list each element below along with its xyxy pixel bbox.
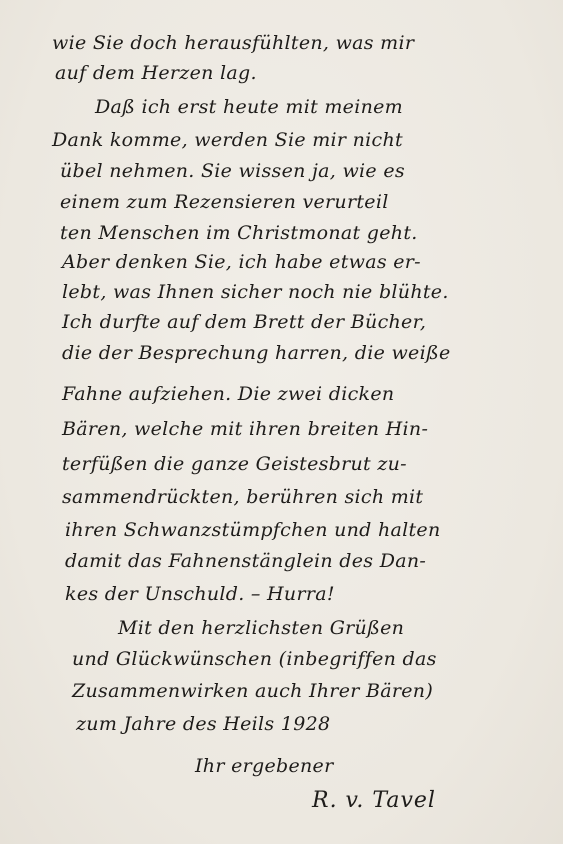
letter-line: Daß ich erst heute mit meinem: [95, 98, 403, 117]
letter-line: wie Sie doch herausfühlten, was mir: [52, 34, 414, 53]
signature: R. v. Tavel: [312, 790, 436, 812]
letter-page: wie Sie doch herausfühlten, was mir auf …: [0, 0, 563, 844]
letter-line: lebt, was Ihnen sicher noch nie blühte.: [62, 283, 449, 302]
valediction: Ihr ergebener: [195, 757, 333, 776]
letter-line: damit das Fahnenstänglein des Dan-: [65, 552, 426, 571]
letter-line: Fahne aufziehen. Die zwei dicken: [62, 385, 394, 404]
letter-line: Ich durfte auf dem Brett der Bücher,: [62, 313, 426, 332]
letter-line: einem zum Rezensieren verurteil: [60, 193, 389, 212]
letter-line: ten Menschen im Christmonat geht.: [60, 224, 418, 243]
closing-line: und Glückwünschen (inbegriffen das: [72, 650, 437, 669]
date-line: zum Jahre des Heils 1928: [76, 715, 330, 734]
letter-line: sammendrückten, berühren sich mit: [62, 488, 423, 507]
letter-line: Bären, welche mit ihren breiten Hin-: [62, 420, 428, 439]
letter-line: Dank komme, werden Sie mir nicht: [52, 131, 403, 150]
letter-line: übel nehmen. Sie wissen ja, wie es: [60, 162, 405, 181]
letter-line: Aber denken Sie, ich habe etwas er-: [62, 253, 421, 272]
letter-line: auf dem Herzen lag.: [55, 64, 257, 83]
letter-line: kes der Unschuld. – Hurra!: [65, 585, 335, 604]
letter-line: ihren Schwanzstümpfchen und halten: [65, 521, 441, 540]
letter-line: die der Besprechung harren, die weiße: [62, 344, 450, 363]
closing-line: Zusammenwirken auch Ihrer Bären): [72, 682, 433, 701]
letter-line: terfüßen die ganze Geistesbrut zu-: [62, 455, 407, 474]
closing-line: Mit den herzlichsten Grüßen: [118, 619, 404, 638]
